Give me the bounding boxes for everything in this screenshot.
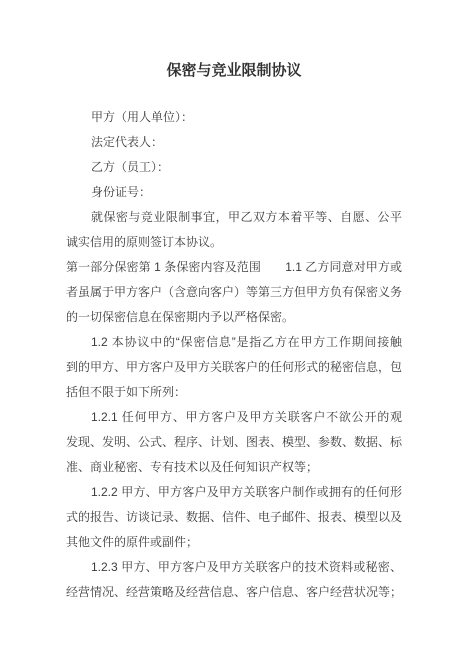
document-title: 保密与竞业限制协议 [66,58,402,83]
doc-line-clause-1-2-2-a: 1.2.2 甲方、甲方客户及甲方关联客户制作或拥有的任何形 [66,480,402,505]
doc-line-party-b: 乙方（员工）： [66,155,402,180]
doc-line-clause-1-2-1-b: 发现、发明、公式、程序、计划、图表、模型、参数、数据、标 [66,430,402,455]
doc-line-clause-1-2-2-c: 其他文件的原件或副件； [66,530,402,555]
doc-line-clause-1-2-1-a: 1.2.1 任何甲方、甲方客户及甲方关联客户不欲公开的观点、 [66,405,402,430]
doc-line-preamble-2: 诚实信用的原则签订本协议。 [66,230,402,255]
document-page: 保密与竞业限制协议 甲方（用人单位）： 法定代表人： 乙方（员工）： 身份证号：… [0,0,463,655]
doc-line-clause-1-1-c: 的一切保密信息在保密期内予以严格保密。 [66,305,402,330]
doc-line-clause-1-2-c: 括但不限于如下所列： [66,380,402,405]
doc-line-clause-1-2-2-b: 式的报告、访谈记录、数据、信件、电子邮件、报表、模型以及 [66,505,402,530]
doc-line-clause-1-2-3-b: 经营情况、经营策略及经营信息、客户信息、客户经营状况等； [66,580,402,605]
doc-line-part1-clause1: 第一部分保密第 1 条保密内容及范围 1.1 乙方同意对甲方或 [66,255,402,280]
doc-line-clause-1-2-a: 1.2 本协议中的“保密信息”是指乙方在甲方工作期间接触 [66,330,402,355]
doc-line-party-a: 甲方（用人单位）： [66,105,402,130]
doc-line-preamble-1: 就保密与竞业限制事宜，甲乙双方本着平等、自愿、公平和 [66,205,402,230]
doc-line-id-number: 身份证号： [66,180,402,205]
doc-line-clause-1-2-1-c: 准、商业秘密、专有技术以及任何知识产权等； [66,455,402,480]
doc-line-clause-1-2-b: 到的甲方、甲方客户及甲方关联客户的任何形式的秘密信息，包 [66,355,402,380]
doc-line-clause-1-2-3-a: 1.2.3 甲方、甲方客户及甲方关联客户的技术资料或秘密、 [66,555,402,580]
doc-line-legal-rep: 法定代表人： [66,130,402,155]
doc-line-clause-1-1-b: 者虽属于甲方客户（含意向客户）等第三方但甲方负有保密义务 [66,280,402,305]
